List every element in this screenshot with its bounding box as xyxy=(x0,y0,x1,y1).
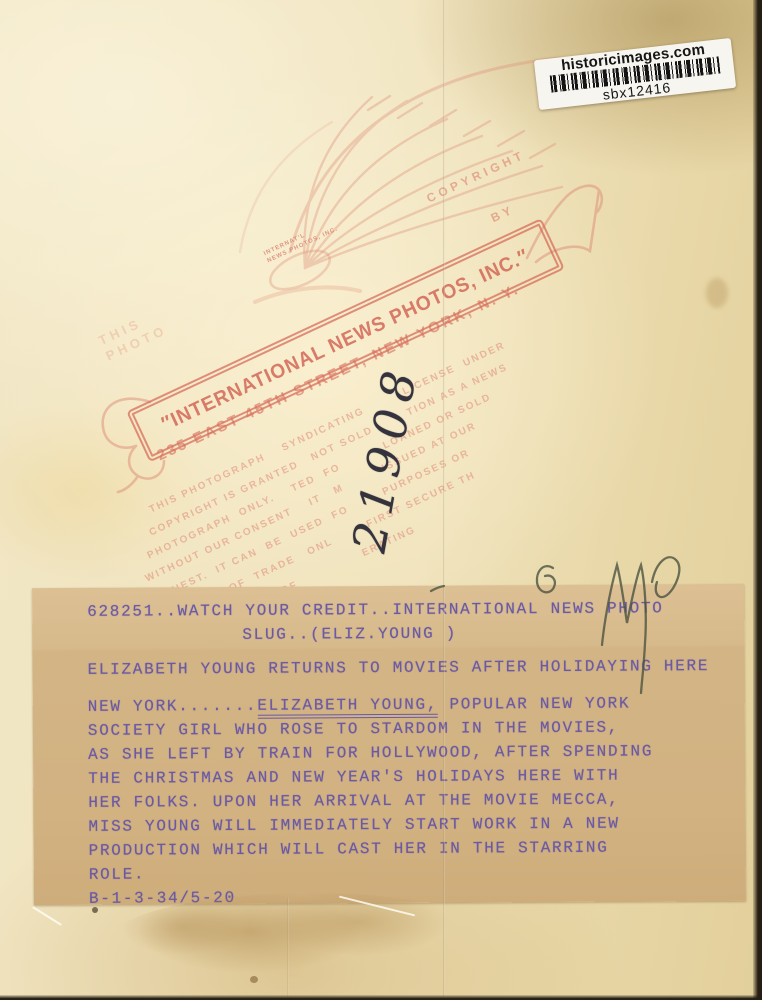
caption-label: 628251..WATCH YOUR CREDIT..INTERNATIONAL… xyxy=(32,584,746,905)
caption-after-name: POPULAR NEW YORK xyxy=(438,695,630,714)
glue-stain xyxy=(110,893,510,989)
caption-body: NEW YORK.......ELIZABETH YOUNG, POPULAR … xyxy=(88,691,746,905)
caption-dateline: NEW YORK....... xyxy=(88,697,258,716)
press-photo-back: THIS PHOTO COPYRIGHT BY INTERNAT'L NEWS … xyxy=(0,0,762,1000)
stamp-copyright-word: COPYRIGHT xyxy=(424,147,528,206)
scan-edge xyxy=(753,0,762,1000)
caption-credit-line: 628251..WATCH YOUR CREDIT..INTERNATIONAL… xyxy=(87,596,744,624)
scan-edge xyxy=(0,995,762,1000)
caption-subject-name: ELIZABETH YOUNG, xyxy=(257,696,438,719)
ink-dot xyxy=(92,907,98,913)
vertical-fold-crease xyxy=(443,0,445,997)
stain-dot xyxy=(250,976,258,983)
caption-slug-line: SLUG..(ELIZ.YOUNG ) xyxy=(242,620,744,647)
caption-body-line: AS SHE LEFT BY TRAIN FOR HOLLYWOOD, AFTE… xyxy=(88,739,745,767)
caption-headline: ELIZABETH YOUNG RETURNS TO MOVIES AFTER … xyxy=(87,654,744,682)
vertical-fold-crease xyxy=(287,898,289,997)
paper-stain xyxy=(706,278,728,308)
